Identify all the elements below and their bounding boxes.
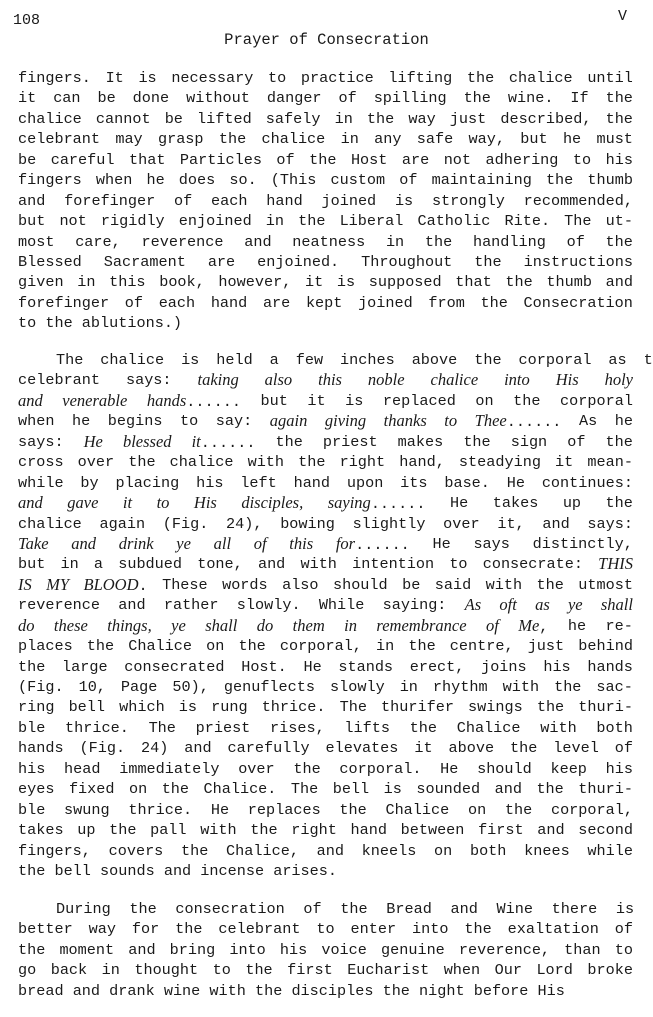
text: the <box>474 253 501 271</box>
text: the <box>606 89 633 107</box>
word: Page <box>121 677 157 697</box>
text: on <box>468 801 486 819</box>
text: way <box>89 920 116 938</box>
text: the <box>339 801 366 819</box>
text: continues: <box>542 474 633 492</box>
text: most <box>18 233 54 251</box>
text: wine. <box>508 89 554 107</box>
word: voice <box>321 940 367 960</box>
word: may <box>115 129 142 149</box>
italic-text: as <box>535 595 550 614</box>
word: custom <box>330 170 385 190</box>
text: in <box>386 233 404 251</box>
word: says <box>473 534 509 554</box>
word: while <box>18 473 64 493</box>
text: swung <box>64 801 110 819</box>
word: is <box>179 697 197 717</box>
word: noble <box>368 370 405 390</box>
italic-text: gave <box>67 493 98 512</box>
word: The <box>56 350 83 370</box>
word: venerable <box>62 391 127 411</box>
italic-text: this <box>318 370 342 389</box>
text: the <box>425 233 452 251</box>
word: It <box>106 68 124 88</box>
text: joined <box>321 192 376 210</box>
word: must <box>596 129 632 149</box>
text: intention <box>352 555 434 573</box>
word: lifting <box>388 68 452 88</box>
text: and <box>118 596 145 614</box>
text: the <box>510 739 537 757</box>
word: and <box>128 940 155 960</box>
word: than <box>564 940 600 960</box>
word: continues: <box>542 473 633 493</box>
word: drank <box>109 981 155 1001</box>
text: arises. <box>273 862 337 880</box>
text: the <box>162 780 189 798</box>
text: lifting <box>388 69 452 87</box>
word: things, <box>107 616 151 636</box>
word: celebrant <box>218 919 300 939</box>
text: should <box>477 760 532 778</box>
text-line: BlessedSacramentareenjoined.Throughoutth… <box>18 252 633 272</box>
text: the <box>367 110 394 128</box>
word: placing <box>115 473 179 493</box>
text: slowly. <box>237 596 301 614</box>
text: that <box>129 151 165 169</box>
text: tone, <box>197 555 243 573</box>
word: the <box>298 452 325 472</box>
word: chalice <box>18 514 82 534</box>
text: its <box>400 474 427 492</box>
text-line: totheablutions.) <box>18 313 633 333</box>
word: covers <box>109 841 164 861</box>
word: with <box>300 554 336 574</box>
text: and <box>184 739 211 757</box>
text: to <box>615 941 633 959</box>
word: of <box>615 738 633 758</box>
word: and <box>317 841 344 861</box>
text: Host. <box>241 658 287 676</box>
word: Particles <box>180 150 262 170</box>
text: above <box>448 739 494 757</box>
word: the <box>255 981 282 1001</box>
text: handling <box>473 233 546 251</box>
text: and <box>495 780 522 798</box>
word: first <box>287 960 333 980</box>
text: says: <box>126 371 172 389</box>
text: the <box>464 920 491 938</box>
word: ye <box>171 616 186 636</box>
word: Chalice <box>385 800 449 820</box>
text-line: gobackinthoughttothefirstEucharistwhenOu… <box>18 960 633 980</box>
text: thought <box>134 961 198 979</box>
text: ...... <box>201 434 256 452</box>
word: arises. <box>273 861 337 881</box>
word: instructions <box>524 252 633 272</box>
word: the <box>606 432 633 452</box>
text: are <box>263 294 290 312</box>
word: danger <box>267 88 322 108</box>
text: Chalice <box>385 801 449 819</box>
text: the <box>340 900 367 918</box>
text-line: fingerswhenhedoesso.(Thiscustomofmaintai… <box>18 170 633 190</box>
italic-text: ye <box>171 616 186 635</box>
word: corporal <box>560 391 633 411</box>
word: back <box>51 960 87 980</box>
text: when <box>18 412 54 430</box>
word: ring <box>18 697 54 717</box>
word: his <box>606 759 633 779</box>
text: of <box>567 433 585 451</box>
word: the <box>513 391 540 411</box>
word: disciples, <box>241 493 303 513</box>
text: chalice <box>18 515 82 533</box>
text: over <box>443 515 479 533</box>
text: back <box>51 961 87 979</box>
italic-text: drink <box>119 534 154 553</box>
word: while <box>587 841 633 861</box>
italic-text: it <box>123 493 132 512</box>
word: corporal <box>519 350 592 370</box>
word: Catholic <box>417 211 490 231</box>
text: corporal <box>519 351 592 369</box>
word: 10, <box>79 677 106 697</box>
word: should <box>477 759 532 779</box>
italic-text: ye <box>568 595 583 614</box>
word: the <box>536 779 563 799</box>
word: by <box>80 473 98 493</box>
word: bell <box>333 779 369 799</box>
text: to <box>213 961 231 979</box>
word: to <box>213 960 231 980</box>
text: rises, <box>270 719 325 737</box>
text: without <box>186 89 250 107</box>
text: Blessed <box>18 253 82 271</box>
text: utmost <box>578 576 633 594</box>
text: He <box>211 801 229 819</box>
text: again <box>100 515 146 533</box>
word: gave <box>67 493 98 513</box>
word: the <box>293 759 320 779</box>
text: Consecration <box>524 294 633 312</box>
text: should <box>333 576 388 594</box>
text-line: says:Heblessedit......thepriestmakesthes… <box>18 432 633 452</box>
text: and <box>128 941 155 959</box>
word: corporal. <box>339 759 421 779</box>
word: the <box>537 575 564 595</box>
word: Throughout <box>361 252 452 272</box>
text: He <box>433 535 451 553</box>
word: MY <box>46 575 69 595</box>
word: Our <box>495 960 522 980</box>
word: in <box>400 677 418 697</box>
word: taking <box>197 370 238 390</box>
word: its <box>400 473 427 493</box>
text: must <box>596 130 632 148</box>
text: so. <box>229 171 256 189</box>
word: on <box>206 636 224 656</box>
word: before <box>474 981 529 1001</box>
text: consecration <box>175 900 284 918</box>
word: said <box>435 575 471 595</box>
text: corporal, <box>280 637 362 655</box>
text-line: whilebyplacinghislefthanduponitsbase.Hec… <box>18 473 633 493</box>
text-line: celebrantsays:takingalsothisnoblechalice… <box>18 370 633 390</box>
word: knees <box>524 841 570 861</box>
text: hand <box>294 474 330 492</box>
text: his <box>280 941 307 959</box>
text: and <box>317 842 344 860</box>
word: but <box>18 554 45 574</box>
text: disciples <box>291 982 373 1000</box>
text-line: whenhebeginstosay:againgivingthankstoThe… <box>18 411 633 431</box>
word: fixed <box>69 779 115 799</box>
word: the <box>606 88 633 108</box>
text-line: thebellsoundsandincensearises. <box>18 861 633 881</box>
text-line: butnotrigidlyenjoinedintheLiberalCatholi… <box>18 211 633 231</box>
text: the <box>644 351 653 369</box>
word: ut- <box>606 211 633 231</box>
text: kept <box>306 294 342 312</box>
text: is <box>179 698 197 716</box>
text: as <box>608 351 626 369</box>
word: and <box>244 232 271 252</box>
word: swings <box>468 697 523 717</box>
word: subdued <box>118 554 182 574</box>
text: ble <box>18 801 45 819</box>
word: to <box>573 150 591 170</box>
text-line: fingers.Itisnecessarytopracticeliftingth… <box>18 68 633 88</box>
italic-text: His <box>194 493 217 512</box>
word: the <box>481 293 508 313</box>
text: corporal <box>560 392 633 410</box>
text: done <box>133 89 169 107</box>
text: to <box>18 314 36 332</box>
text: sign <box>511 433 547 451</box>
word: the <box>245 960 272 980</box>
text-line: forefingerofeachhandarekeptjoinedfromthe… <box>18 293 633 313</box>
word: be <box>18 150 36 170</box>
text: with <box>486 576 522 594</box>
word: to <box>157 493 170 513</box>
word: Eucharist <box>347 960 429 980</box>
text: It <box>106 69 124 87</box>
word: blessed <box>123 432 172 452</box>
word: priest <box>323 432 378 452</box>
text: it <box>18 89 36 107</box>
word: His <box>538 981 565 1001</box>
text: his <box>606 151 633 169</box>
text: thurifer <box>381 698 454 716</box>
word: the <box>219 129 246 149</box>
text: the <box>474 351 501 369</box>
text: forefinger <box>64 192 155 210</box>
text: is <box>337 273 355 291</box>
word: are <box>263 293 290 313</box>
text: , <box>539 618 548 636</box>
word: corporal, <box>280 636 362 656</box>
word: he <box>568 616 586 636</box>
text: subdued <box>118 555 182 573</box>
word: as <box>608 350 626 370</box>
word: bell <box>54 861 90 881</box>
text: up <box>563 494 581 512</box>
text: (Fig. <box>18 678 64 696</box>
word: fingers <box>18 170 82 190</box>
word: is <box>384 779 402 799</box>
text: the <box>546 171 573 189</box>
text: The <box>291 780 318 798</box>
word: corporal, <box>551 800 633 820</box>
text: enjoined. <box>257 253 339 271</box>
word: Rite. <box>504 211 550 231</box>
text-line: fingers,coverstheChalice,andkneelsonboth… <box>18 841 633 861</box>
text-line: eyesfixedontheChalice.Thebellissoundedan… <box>18 779 633 799</box>
word: in <box>335 109 353 129</box>
text: that <box>455 273 491 291</box>
text: his <box>543 658 570 676</box>
word: that <box>455 272 491 292</box>
text: drank <box>109 982 155 1000</box>
word: given <box>18 272 64 292</box>
word: His <box>556 370 579 390</box>
text-line: Takeanddrinkyeallofthisfor......Hesaysdi… <box>18 534 633 554</box>
word: hand <box>211 293 247 313</box>
word: replaced <box>383 391 456 411</box>
text: it, <box>497 515 524 533</box>
text: book, <box>159 273 205 291</box>
italic-text: Thee <box>475 411 507 430</box>
word: book, <box>159 272 205 292</box>
text: the <box>255 982 282 1000</box>
text: to <box>449 555 467 573</box>
text: takes <box>18 821 64 839</box>
text: Bread <box>386 900 432 918</box>
word: described, <box>500 109 591 129</box>
word: takes <box>493 493 539 513</box>
italic-text: these <box>54 616 88 635</box>
word: consecrate: <box>483 554 583 574</box>
text: while <box>587 842 633 860</box>
text: inches <box>340 351 395 369</box>
word: of <box>567 232 585 252</box>
text: is <box>138 69 156 87</box>
word: with <box>248 452 284 472</box>
word: begins <box>108 411 163 431</box>
text: joined <box>358 294 413 312</box>
word: the <box>606 493 633 513</box>
text: each <box>159 294 195 312</box>
italic-text: giving <box>325 411 366 430</box>
text: but <box>18 212 45 230</box>
text: in <box>335 110 353 128</box>
word: THIS <box>598 554 633 574</box>
text: when <box>96 171 132 189</box>
word: maintaining <box>432 170 532 190</box>
word: his <box>18 759 45 779</box>
text: voice <box>321 941 367 959</box>
word: enjoined <box>179 211 252 231</box>
word: says: <box>587 514 633 534</box>
word: there <box>552 899 598 919</box>
text-line: becarefulthatParticlesoftheHostarenotadh… <box>18 150 633 170</box>
text: broke <box>587 961 633 979</box>
text: 24), <box>226 515 262 533</box>
text: the <box>606 433 633 451</box>
italic-text: venerable <box>62 391 127 410</box>
word: he <box>615 411 633 431</box>
word: safe <box>417 129 453 149</box>
word: between <box>401 820 465 840</box>
word: remembrance <box>376 616 466 636</box>
word: the <box>425 232 452 252</box>
text: the <box>505 273 532 291</box>
italic-text: to <box>444 411 457 430</box>
italic-text: ye <box>176 534 191 553</box>
word: and <box>18 391 43 411</box>
word: Host. <box>241 657 287 677</box>
word: The <box>340 697 367 717</box>
italic-text: saying <box>328 493 371 512</box>
word: is <box>138 68 156 88</box>
word: however, <box>218 272 291 292</box>
text: be <box>165 110 183 128</box>
text: of <box>399 171 417 189</box>
text: bell <box>333 780 369 798</box>
italic-text: As <box>465 595 482 614</box>
word: on <box>475 391 493 411</box>
text-line: giveninthisbook,however,itissupposedthat… <box>18 272 633 292</box>
word: of <box>276 150 294 170</box>
word: tone, <box>197 554 243 574</box>
word: consecration <box>175 899 284 919</box>
text: knees <box>524 842 570 860</box>
text-line: ISMYBLOOD.Thesewordsalsoshouldbesaidwith… <box>18 575 633 595</box>
text: bread <box>18 982 64 1000</box>
text: of <box>174 192 192 210</box>
text: wine <box>164 982 200 1000</box>
italic-text: and <box>18 493 43 512</box>
word: of <box>125 293 143 313</box>
text: is <box>395 192 413 210</box>
word: reverence, <box>459 940 550 960</box>
text: the <box>276 433 303 451</box>
text-line: takesupthepallwiththerighthandbetweenfir… <box>18 820 633 840</box>
word: when <box>444 960 480 980</box>
text: the <box>18 862 45 880</box>
text: it <box>307 392 325 410</box>
word: to <box>449 554 467 574</box>
text: slightly <box>353 515 426 533</box>
text-line: ringbellwhichisrungthrice.Thethuriferswi… <box>18 697 633 717</box>
chapter-mark: V <box>618 8 627 25</box>
word: strongly <box>432 191 505 211</box>
word: lifted <box>197 109 252 129</box>
text-line: andgaveittoHisdisciples,saying......Heta… <box>18 493 633 513</box>
text: joins <box>481 658 527 676</box>
word: does <box>179 170 215 190</box>
paragraph-continuation: fingers.Itisnecessarytopracticeliftingth… <box>18 68 633 334</box>
text: priest <box>323 433 378 451</box>
text: and <box>73 982 100 1000</box>
text: the <box>606 494 633 512</box>
word: the <box>383 981 410 1001</box>
text: eyes <box>18 780 54 798</box>
italic-text: IS <box>18 575 32 594</box>
word: practice <box>301 68 374 88</box>
text: be <box>402 576 420 594</box>
